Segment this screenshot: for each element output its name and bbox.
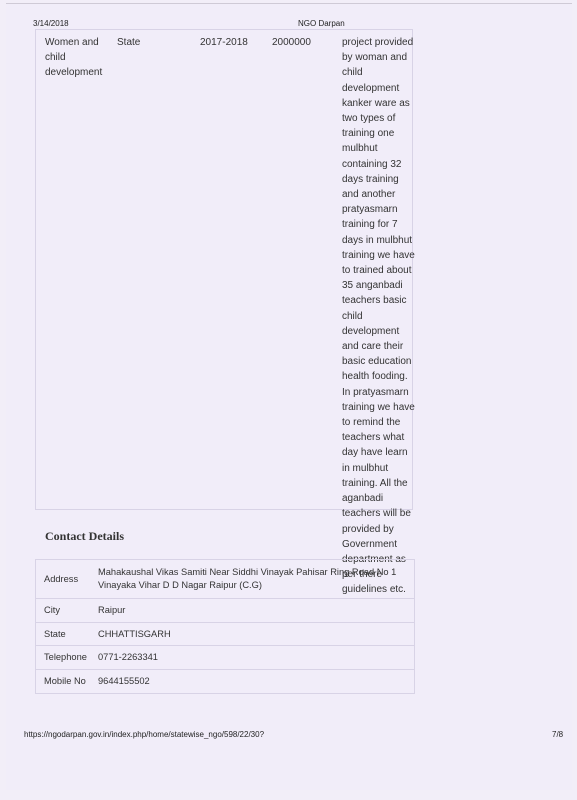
contact-value: CHHATTISGARH (93, 629, 414, 639)
project-table-row: Women and child development State 2017-2… (35, 29, 413, 510)
contact-table: Address Mahakaushal Vikas Samiti Near Si… (35, 559, 415, 694)
contact-details-heading: Contact Details (45, 529, 124, 544)
year-cell: 2017-2018 (200, 35, 248, 50)
contact-row-city: City Raipur (36, 598, 414, 622)
contact-row-state: State CHHATTISGARH (36, 622, 414, 646)
contact-value: Raipur (93, 605, 414, 615)
footer-url: https://ngodarpan.gov.in/index.php/home/… (24, 730, 264, 739)
contact-row-address: Address Mahakaushal Vikas Samiti Near Si… (36, 560, 414, 598)
contact-label: Telephone (36, 652, 93, 662)
page-title: NGO Darpan (298, 19, 345, 28)
contact-label: Mobile No (36, 676, 93, 686)
department-cell: Women and child development (45, 35, 110, 81)
contact-value: 9644155502 (93, 676, 414, 686)
contact-row-mobile: Mobile No 9644155502 (36, 669, 414, 693)
contact-label: State (36, 629, 93, 639)
amount-cell: 2000000 (272, 35, 311, 50)
contact-value: Mahakaushal Vikas Samiti Near Siddhi Vin… (93, 566, 414, 592)
contact-label: Address (36, 573, 93, 586)
description-cell: project provided by woman and child deve… (342, 35, 417, 598)
contact-row-telephone: Telephone 0771-2263341 (36, 645, 414, 669)
page-number: 7/8 (552, 730, 563, 739)
print-date: 3/14/2018 (33, 19, 69, 28)
contact-label: City (36, 605, 93, 615)
type-cell: State (117, 35, 140, 50)
contact-value: 0771-2263341 (93, 652, 414, 662)
